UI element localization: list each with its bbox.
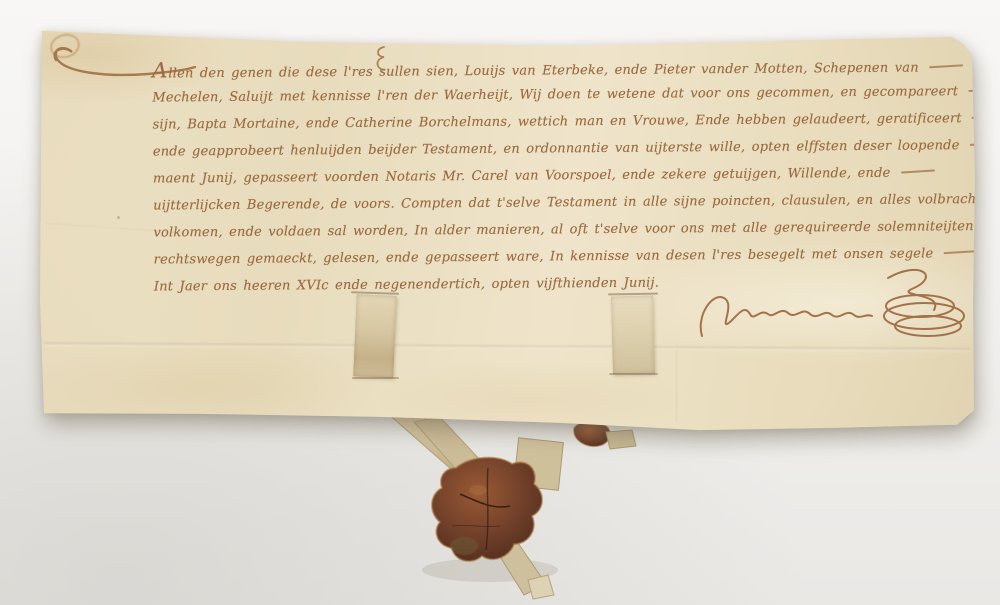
photograph-backdrop: Allen den genen die dese l'res sullen si… bbox=[0, 0, 1000, 605]
parchment-sheet: Allen den genen die dese l'res sullen si… bbox=[0, 0, 1000, 605]
fold-crease-vertical bbox=[676, 350, 679, 422]
threaded-seal-tag-right bbox=[611, 295, 655, 374]
ink-speck bbox=[117, 216, 120, 219]
paraph-mark bbox=[372, 44, 394, 74]
line-filler-stroke bbox=[943, 250, 977, 254]
threaded-seal-tag-left bbox=[353, 294, 397, 378]
line-filler-stroke bbox=[972, 115, 1000, 119]
line-filler-stroke bbox=[970, 142, 1000, 146]
manuscript-line-text: Mechelen, Saluijt met kennisse l'ren der… bbox=[152, 84, 958, 105]
manuscript-line-text: maent Junij, gepasseert voorden Notaris … bbox=[153, 166, 891, 187]
line-filler-stroke bbox=[900, 169, 934, 173]
manuscript-line-text: Allen den genen die dese l'res sullen si… bbox=[152, 60, 919, 81]
manuscript-line-text: Int Jaer ons heeren XVIc ende negenender… bbox=[154, 276, 659, 295]
ink-speck bbox=[927, 31, 932, 35]
manuscript-line-text: sijn, Bapta Mortaine, ende Catherine Bor… bbox=[153, 111, 962, 132]
manuscript-line-text: volkomen, ende voldaen sal worden, In al… bbox=[153, 219, 1000, 241]
tag-slit bbox=[352, 377, 399, 379]
line-filler-stroke bbox=[929, 64, 963, 68]
manuscript-line-text: ende geapprobeert henluijden beijder Tes… bbox=[153, 138, 960, 159]
manuscript-line-text: uijtterlijcken Begerende, de voors. Comp… bbox=[153, 192, 982, 214]
parchment-document: Allen den genen die dese l'res sullen si… bbox=[0, 0, 1000, 605]
line-filler-stroke bbox=[992, 196, 1000, 200]
tag-slit bbox=[609, 373, 658, 375]
line-filler-stroke bbox=[968, 88, 1000, 92]
opening-flourish bbox=[48, 42, 198, 84]
signature bbox=[692, 258, 972, 348]
signature-scrawl bbox=[701, 297, 872, 336]
